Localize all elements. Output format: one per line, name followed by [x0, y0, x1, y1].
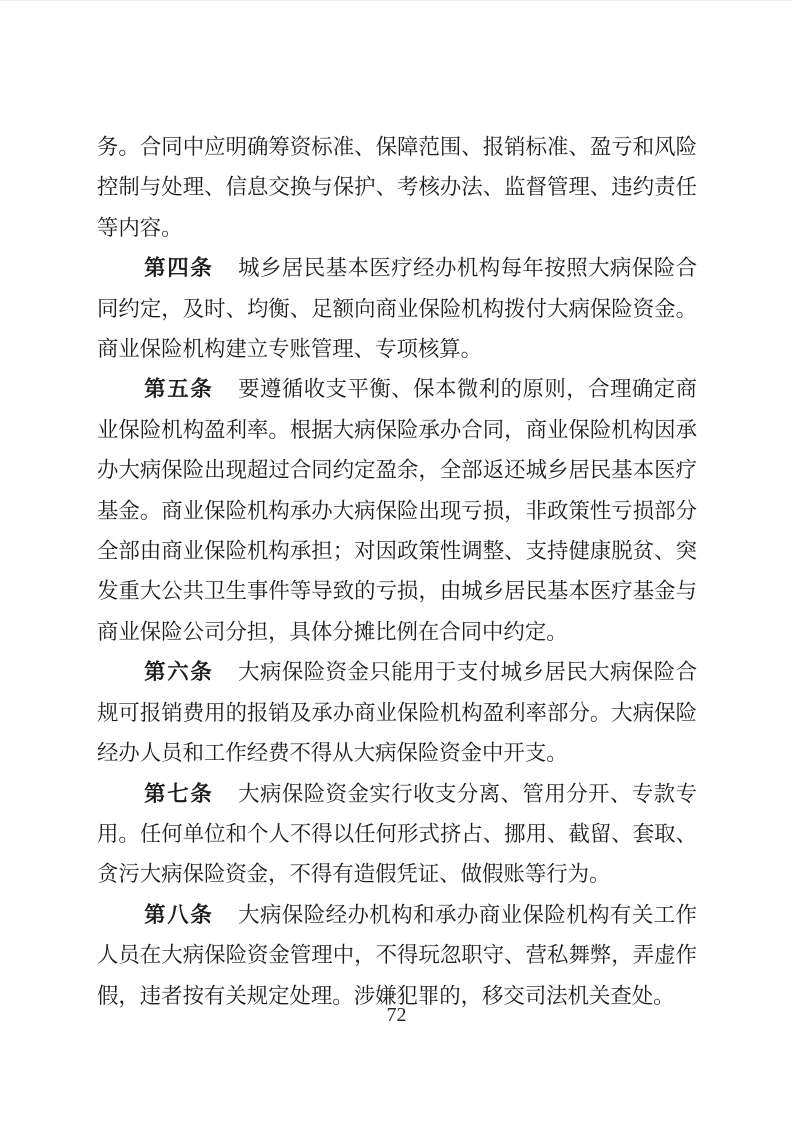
document-body: 务。合同中应明确筹资标准、保障范围、报销标准、盈亏和风险控制与处理、信息交换与保… [97, 127, 697, 1016]
article-5-text: 要遵循收支平衡、保本微利的原则，合理确定商业保险机构盈利率。根据大病保险承办合同… [97, 377, 697, 643]
document-page: 务。合同中应明确筹资标准、保障范围、报销标准、盈亏和风险控制与处理、信息交换与保… [0, 0, 793, 1122]
article-8-label: 第八条 [144, 903, 213, 927]
page-footer: 72 [0, 1004, 793, 1027]
page-number: 72 [387, 1004, 407, 1026]
paragraph-continuation: 务。合同中应明确筹资标准、保障范围、报销标准、盈亏和风险控制与处理、信息交换与保… [97, 127, 697, 248]
article-paragraph-8: 第八条大病保险经办机构和承办商业保险机构有关工作人员在大病保险资金管理中，不得玩… [97, 895, 697, 1016]
article-6-label: 第六条 [144, 660, 213, 684]
article-paragraph-6: 第六条大病保险资金只能用于支付城乡居民大病保险合规可报销费用的报销及承办商业保险… [97, 652, 697, 773]
article-4-label: 第四条 [144, 256, 213, 280]
article-7-label: 第七条 [144, 782, 213, 806]
article-5-label: 第五条 [144, 377, 213, 401]
article-paragraph-7: 第七条大病保险资金实行收支分离、管用分开、专款专用。任何单位和个人不得以任何形式… [97, 774, 697, 895]
article-paragraph-4: 第四条城乡居民基本医疗经办机构每年按照大病保险合同约定，及时、均衡、足额向商业保… [97, 248, 697, 369]
article-paragraph-5: 第五条要遵循收支平衡、保本微利的原则，合理确定商业保险机构盈利率。根据大病保险承… [97, 369, 697, 652]
